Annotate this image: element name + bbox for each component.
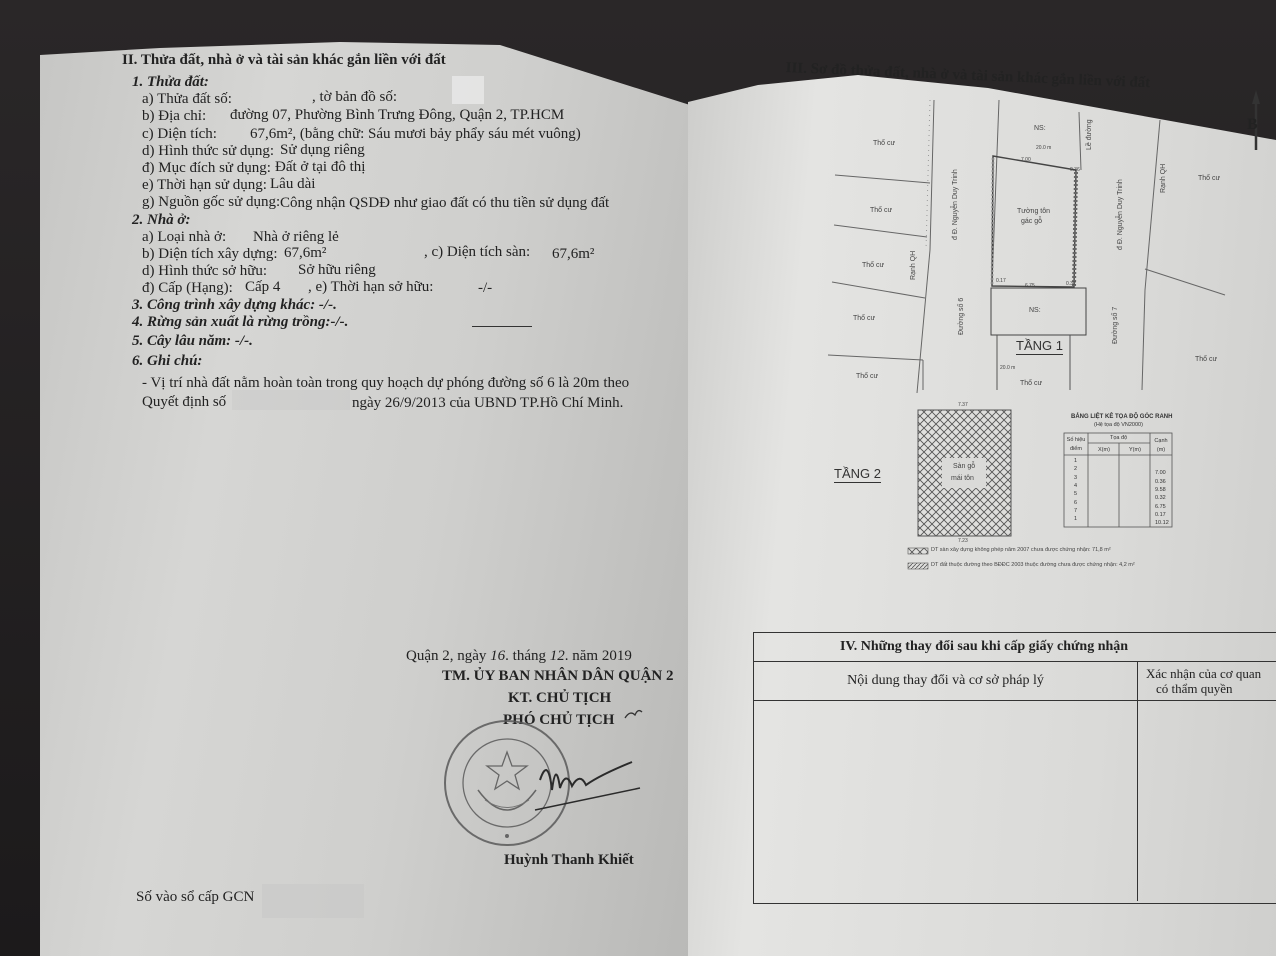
coord-row-point: 2 bbox=[1074, 466, 1077, 472]
floor-2-label: TẦNG 2 bbox=[834, 466, 881, 483]
floor-2-text-1: Sàn gỗ bbox=[953, 463, 975, 470]
label-residential-4: Thổ cư bbox=[853, 315, 875, 322]
label-street-left: đ Đ. Nguyễn Duy Trinh bbox=[952, 169, 959, 240]
label-residential-7: Thổ cư bbox=[1198, 175, 1220, 182]
label-road-6: Đường số 6 bbox=[958, 298, 965, 335]
label-residential-5: Thổ cư bbox=[856, 373, 878, 380]
changes-content-cell bbox=[754, 701, 1138, 901]
coord-row-point: 1 bbox=[1074, 458, 1077, 464]
changes-body bbox=[754, 701, 1276, 901]
coord-row-edge: 0.17 bbox=[1155, 512, 1166, 518]
label-ditch-left: Rạnh QH bbox=[910, 251, 917, 280]
coord-col-edge: Cạnh (m) bbox=[1152, 437, 1170, 455]
label-street-right: đ Đ. Nguyễn Duy Trinh bbox=[1117, 179, 1124, 250]
coord-row-edge: 7.00 bbox=[1155, 470, 1166, 476]
changes-title: IV. Những thay đổi sau khi cấp giấy chứn… bbox=[754, 633, 1276, 662]
coord-table-title: BẢNG LIỆT KÊ TỌA ĐỘ GÓC RANH bbox=[1071, 414, 1172, 420]
coord-col-coord: Tọa độ bbox=[1110, 435, 1127, 441]
changes-col-content: Nội dung thay đổi và cơ sở pháp lý bbox=[754, 662, 1138, 700]
label-road-7: Đường số 7 bbox=[1112, 307, 1119, 344]
dim-top: 7.00 bbox=[1021, 157, 1031, 163]
label-house-1: Tường tôn bbox=[1017, 208, 1050, 215]
coord-col-point: Số hiệu điểm bbox=[1066, 436, 1086, 454]
label-residential-3: Thổ cư bbox=[862, 262, 884, 269]
coord-row-edge: 6.75 bbox=[1155, 504, 1166, 510]
changes-header-row: Nội dung thay đổi và cơ sở pháp lý Xác n… bbox=[754, 662, 1276, 701]
legend-item-2: DT đất thuộc đường theo BĐĐC 2003 thuộc … bbox=[931, 562, 1135, 568]
label-width-top: 20.0 m bbox=[1036, 145, 1051, 151]
changes-col-confirmation: Xác nhận của cơ quan có thẩm quyền bbox=[1138, 662, 1276, 700]
dim-f2-bottom: 7.23 bbox=[958, 538, 968, 544]
coord-row-edge: 10.12 bbox=[1155, 520, 1169, 526]
coord-row-point: 7 bbox=[1074, 508, 1077, 514]
dim-c45: 0.32 bbox=[1066, 281, 1076, 287]
coord-row-edge: 0.36 bbox=[1155, 479, 1166, 485]
label-house-2: gác gỗ bbox=[1021, 218, 1042, 225]
coord-col-x: X(m) bbox=[1098, 447, 1110, 453]
dim-c67: 0.17 bbox=[996, 278, 1006, 284]
label-ns-bottom: NS: bbox=[1029, 307, 1041, 314]
label-ditch-right: Rạnh QH bbox=[1160, 164, 1167, 193]
coord-row-point: 5 bbox=[1074, 491, 1077, 497]
label-residential-8: Thổ cư bbox=[1195, 356, 1217, 363]
coord-row-edge: 0.32 bbox=[1155, 495, 1166, 501]
coord-row-point: 1 bbox=[1074, 516, 1077, 522]
coord-row-point: 3 bbox=[1074, 475, 1077, 481]
label-road-edge: Lề đường bbox=[1086, 119, 1093, 150]
coord-col-y: Y(m) bbox=[1129, 447, 1141, 453]
coord-table-subtitle: (Hệ tọa độ VN2000) bbox=[1094, 422, 1143, 428]
north-label: B bbox=[1247, 116, 1258, 133]
coord-row-point: 4 bbox=[1074, 483, 1077, 489]
label-residential-1: Thổ cư bbox=[873, 140, 895, 147]
dim-bottom: 6.75 bbox=[1025, 283, 1035, 289]
label-width-bottom: 20.0 m bbox=[1000, 365, 1015, 371]
dim-f2-top: 7.37 bbox=[958, 402, 968, 408]
coord-row-point: 6 bbox=[1074, 500, 1077, 506]
legend-item-1: DT sàn xây dựng không phép năm 2007 chưa… bbox=[931, 547, 1111, 553]
changes-col2-line1: Xác nhận của cơ quan bbox=[1146, 666, 1276, 681]
changes-col2-line2: có thẩm quyền bbox=[1146, 681, 1276, 696]
label-ns-top: NS: bbox=[1034, 125, 1046, 132]
label-residential-6: Thổ cư bbox=[1020, 380, 1042, 387]
floor-1-label: TẦNG 1 bbox=[1016, 338, 1063, 355]
dim-c23: 0.36 bbox=[1070, 167, 1080, 173]
label-residential-2: Thổ cư bbox=[870, 207, 892, 214]
changes-table: IV. Những thay đổi sau khi cấp giấy chứn… bbox=[753, 632, 1276, 904]
coord-row-edge: 9.58 bbox=[1155, 487, 1166, 493]
floor-2-text-2: mái tôn bbox=[951, 475, 974, 482]
